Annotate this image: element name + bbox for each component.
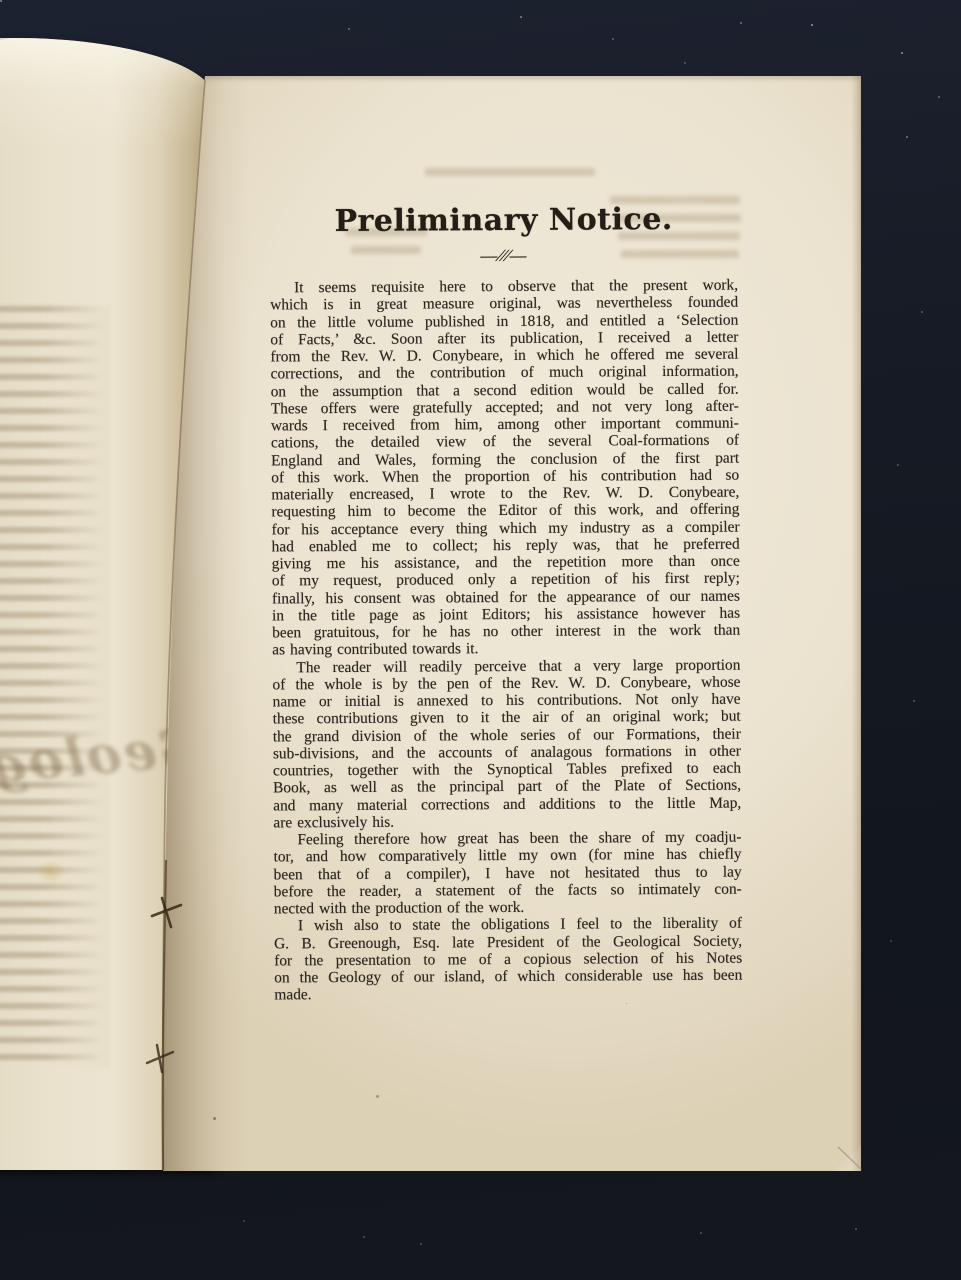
text-line: these contributions given to it the air … — [273, 708, 741, 728]
right-page: Preliminary Notice. —///— It seems requi… — [163, 76, 861, 1171]
paper-stain — [36, 860, 66, 884]
text-line: and many material corrections and additi… — [273, 794, 741, 814]
page-title: Preliminary Notice. — [270, 203, 738, 240]
text-line: Book, as well as the principal part of t… — [273, 777, 741, 797]
showthrough-header — [425, 168, 595, 176]
dust-specks — [0, 0, 2, 2]
text-line: requesting him to become the Editor of t… — [271, 501, 739, 521]
text-line: before the reader, a statement of the fa… — [274, 880, 742, 900]
text-line: of my request, produced only a repetitio… — [272, 570, 740, 590]
text-line: cations, the detailed view of the severa… — [271, 432, 739, 452]
text-line: I wish also to state the obligations I f… — [274, 915, 742, 935]
text-line: been gratuitous, for he has no other int… — [272, 622, 740, 642]
text-line: made. — [274, 984, 742, 1004]
book-photo: Geolog Preliminary Notice. —///— It seem… — [0, 0, 961, 1280]
left-page-showthrough-text — [0, 306, 110, 1068]
text-line: which is in great measure original, was … — [270, 294, 738, 314]
folded-corner — [831, 1145, 861, 1171]
text-line: tor, and how comparatively little my own… — [273, 846, 741, 866]
paragraph: Feeling therefore how great has been the… — [273, 829, 742, 918]
printed-content: Preliminary Notice. —///— It seems requi… — [270, 203, 743, 1004]
paragraph: It seems requisite here to observe that … — [270, 277, 740, 659]
text-line: on the Geology of our island, of which c… — [274, 967, 742, 987]
paper-specks — [213, 1117, 216, 1120]
text-line: corrections, and the contribution of muc… — [271, 363, 739, 383]
ornament-divider: —///— — [270, 245, 738, 268]
paragraph: I wish also to state the obligations I f… — [274, 915, 743, 1004]
body-text: It seems requisite here to observe that … — [270, 277, 742, 1004]
paragraph: The reader will readily perceive that a … — [272, 656, 741, 831]
